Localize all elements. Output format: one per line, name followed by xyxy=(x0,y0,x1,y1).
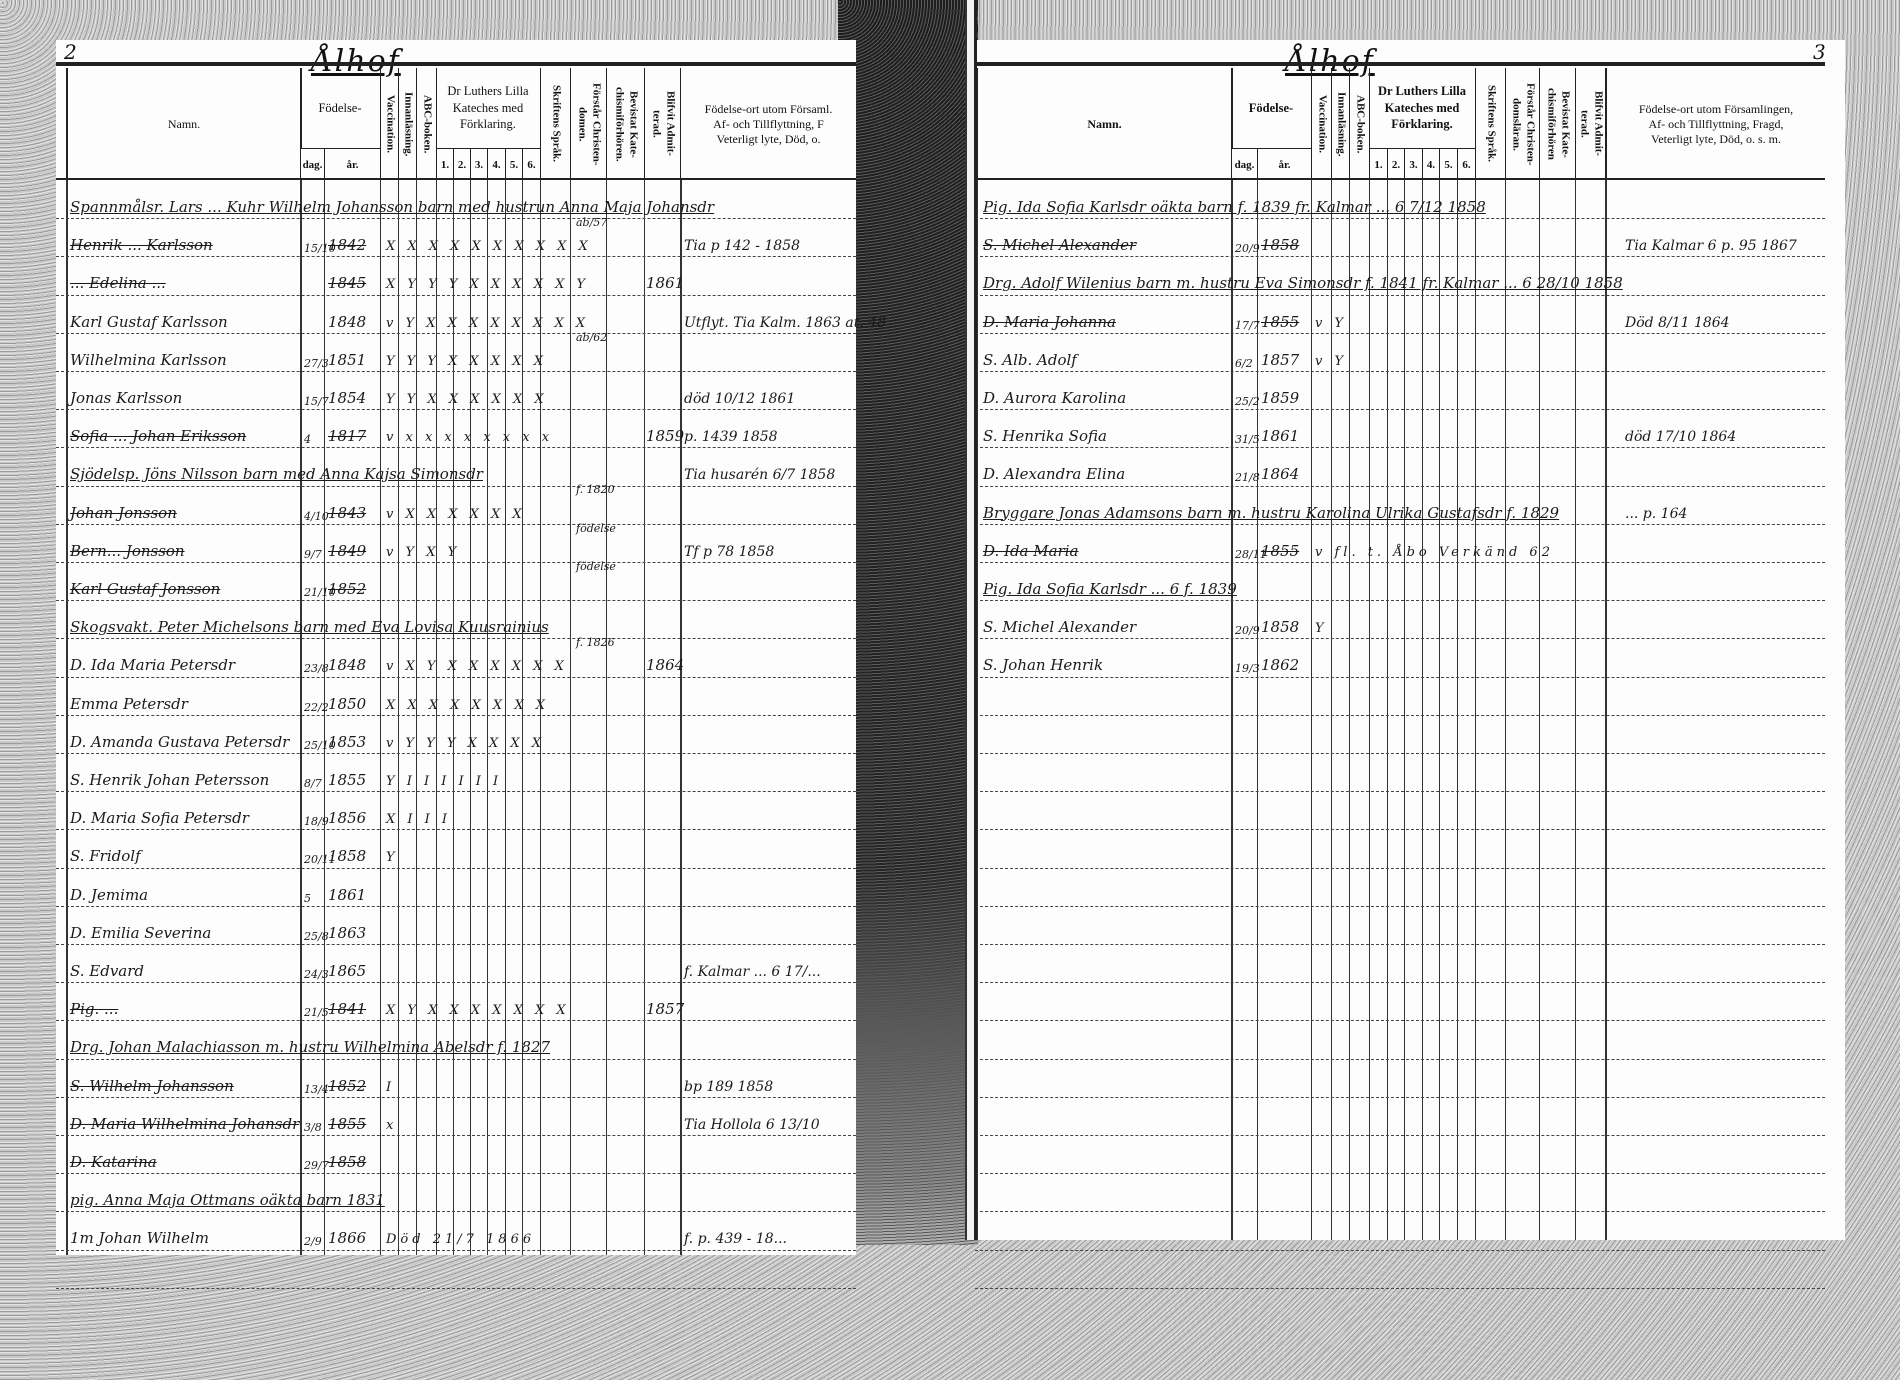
remarks-note: Tia Hollola 6 13/10 xyxy=(684,1117,820,1133)
person-row: D. Katarina29/71858 xyxy=(56,1139,856,1177)
header-skriftens-sprak: Skriftens Språk. xyxy=(540,68,570,180)
person-row: S. Michel Alexander20/91858Tia Kalmar 6 … xyxy=(975,222,1825,260)
row-rule xyxy=(975,753,1825,754)
catechism-marks: v X Y X X X X X X xyxy=(386,659,568,674)
person-name: S. Michel Alexander xyxy=(983,236,1136,254)
person-row: Bern... Jonsson9/71849v Y X YTf p 78 185… xyxy=(56,528,856,566)
person-row: S. Johan Henrik19/31862 xyxy=(975,642,1825,680)
person-row: D. Aurora Karolina25/21859 xyxy=(975,375,1825,413)
person-row: Karl Gustaf Karlsson1848v Y X X X X X X … xyxy=(56,299,856,337)
birth-year: 1852 xyxy=(328,580,366,598)
birth-year: 1859 xyxy=(1261,389,1299,407)
birth-year: 1817 xyxy=(328,427,366,445)
birth-year: 1856 xyxy=(328,809,366,827)
birth-year: 1845 xyxy=(328,274,366,292)
catechism-marks: X X X X X X X X xyxy=(386,698,549,713)
remarks-note: Tf p 78 1858 xyxy=(684,544,774,560)
row-rule xyxy=(975,1020,1825,1021)
person-name: Johan Jonsson xyxy=(70,504,177,522)
birth-year: 1864 xyxy=(1261,465,1299,483)
person-name: D. Ida Maria xyxy=(983,542,1078,560)
remarks-note: f. p. 439 - 18... xyxy=(684,1231,787,1247)
header-luthers-2: 2. xyxy=(453,148,470,180)
household-heading-row: pig. Anna Maja Ottmans oäkta barn 1831 xyxy=(56,1177,856,1215)
catechism-marks: v x x x x x x x x xyxy=(386,430,553,445)
admitted-year: 1859 xyxy=(646,427,684,445)
birth-year: 1866 xyxy=(328,1229,366,1247)
household-heading-row: Pig. Ida Sofia Karlsdr oäkta barn f. 183… xyxy=(975,184,1825,222)
catechism-marks: Y I I I I I I xyxy=(386,774,502,789)
person-row: Emma Petersdr22/21850X X X X X X X X xyxy=(56,681,856,719)
person-name: D. Maria Wilhelmina Johansdr xyxy=(70,1115,299,1133)
person-name: Bryggare Jonas Adamsons barn m. hustru K… xyxy=(983,504,1559,522)
person-name: D. Maria Sofia Petersdr xyxy=(70,809,249,827)
catechism-marks: v Y Y Y X X X X xyxy=(386,736,545,751)
birth-year: 1855 xyxy=(1261,313,1299,331)
catechism-marks: v Y X Y xyxy=(386,545,460,560)
catechism-marks: Y Y X X X X X X xyxy=(386,392,548,407)
header-fodelseort: Födelse-ort utom Församl. Af- och Tillfl… xyxy=(680,68,856,180)
birth-year: 1858 xyxy=(1261,236,1299,254)
person-row: S. Alb. Adolf6/21857v Y xyxy=(975,337,1825,375)
row-rule xyxy=(975,906,1825,907)
admitted-year: 1864 xyxy=(646,656,684,674)
catechism-marks: Y Y Y X X X X X xyxy=(386,354,547,369)
person-name: S. Michel Alexander xyxy=(983,618,1136,636)
row-rule xyxy=(975,1211,1825,1212)
header-luthers-box xyxy=(1369,68,1475,148)
remarks-note: död 10/12 1861 xyxy=(684,391,795,407)
row-rule xyxy=(975,1097,1825,1098)
person-name: Karl Gustaf Jonsson xyxy=(70,580,220,598)
left-page: 2 Ålhof Namn. Födelse- dag. år. Vaccinat… xyxy=(56,40,856,1255)
page-binding-edge xyxy=(965,0,977,1240)
birth-year: 1843 xyxy=(328,504,366,522)
person-row: S. Wilhelm Johansson13/41852Ibp 189 1858 xyxy=(56,1063,856,1101)
remarks-note: p. 1439 1858 xyxy=(684,429,778,445)
catechism-marks: X Y X X X X X X X xyxy=(386,1003,570,1018)
register-grid: Spannmålsr. Lars ... Kuhr Wilhelm Johans… xyxy=(56,180,856,1255)
person-name: D. Aurora Karolina xyxy=(983,389,1126,407)
birth-year: 1858 xyxy=(328,847,366,865)
birth-day: 3/8 xyxy=(304,1122,322,1133)
page-number: 2 xyxy=(64,40,77,64)
catechism-marks: v Y xyxy=(1315,316,1347,331)
header-innanlasning: Innanläsning. xyxy=(398,68,416,180)
birth-day: 13/4 xyxy=(304,1084,329,1095)
household-heading-row: Drg. Johan Malachiasson m. hustru Wilhel… xyxy=(56,1024,856,1062)
header-forstar: Förstår Christen- domen. xyxy=(570,68,606,180)
header-luthers-2: 2. xyxy=(1387,148,1404,180)
person-row: Jonas Karlsson15/71854Y Y X X X X X Xdöd… xyxy=(56,375,856,413)
birth-year: 1862 xyxy=(1261,656,1299,674)
birth-year: 1865 xyxy=(328,962,366,980)
person-row: D. Maria Wilhelmina Johansdr3/81855xTia … xyxy=(56,1101,856,1139)
birth-year: 1848 xyxy=(328,313,366,331)
row-rule xyxy=(975,715,1825,716)
person-row: D. Alexandra Elina21/81864 xyxy=(975,451,1825,489)
birth-day: 15/7 xyxy=(304,396,329,407)
person-name: D. Emilia Severina xyxy=(70,924,211,942)
header-innanlasning: Innanläsning. xyxy=(1331,68,1349,180)
person-name: Drg. Adolf Wilenius barn m. hustru Eva S… xyxy=(983,274,1623,292)
birth-year: 1851 xyxy=(328,351,366,369)
header-luthers-4: 4. xyxy=(1422,148,1439,180)
header-fodelse-box xyxy=(300,68,380,148)
birth-day: 29/7 xyxy=(304,1160,329,1171)
person-name: S. Wilhelm Johansson xyxy=(70,1077,234,1095)
person-row: 1m Johan Wilhelm2/91866Död 21/7 1866f. p… xyxy=(56,1215,856,1253)
person-name: Wilhelmina Karlsson xyxy=(70,351,227,369)
birth-year: 1855 xyxy=(1261,542,1299,560)
birth-day: 25/8 xyxy=(304,931,329,942)
birth-day: 17/7 xyxy=(1235,320,1260,331)
remarks-note: Död 8/11 1864 xyxy=(1625,315,1730,331)
catechism-marks: X Y Y Y X X X X X Y xyxy=(386,277,589,292)
birth-year: 1854 xyxy=(328,389,366,407)
birth-day: 5 xyxy=(304,893,311,904)
header-bevistat: Bevistat Kate- chismiförhören. xyxy=(606,68,644,180)
birth-year: 1861 xyxy=(1261,427,1299,445)
person-name: D. Katarina xyxy=(70,1153,157,1171)
person-name: S. Alb. Adolf xyxy=(983,351,1077,369)
person-name: D. Amanda Gustava Petersdr xyxy=(70,733,289,751)
row-rule xyxy=(975,982,1825,983)
header-fodelseort: Födelse-ort utom Församlingen, Af- och T… xyxy=(1605,68,1825,180)
catechism-marks: v fl. t. Åbo Verkänd 62 xyxy=(1315,545,1554,560)
person-name: Karl Gustaf Karlsson xyxy=(70,313,228,331)
row-rule xyxy=(975,1250,1825,1251)
row-rule xyxy=(56,1288,856,1289)
admitted-year: 1857 xyxy=(646,1000,684,1018)
birth-year: 1842 xyxy=(328,236,366,254)
header-luthers-5: 5. xyxy=(505,148,522,180)
catechism-marks: Död 21/7 1866 xyxy=(386,1232,535,1247)
person-name: D. Jemima xyxy=(70,886,148,904)
remarks-note: f. Kalmar ... 6 17/... xyxy=(684,964,821,980)
household-heading-row: Pig. Ida Sofia Karlsdr ... 6 f. 1839 xyxy=(975,566,1825,604)
person-name: Jonas Karlsson xyxy=(70,389,182,407)
birth-day: 19/3 xyxy=(1235,663,1260,674)
person-name: pig. Anna Maja Ottmans oäkta barn 1831 xyxy=(70,1191,385,1209)
birth-day: 8/7 xyxy=(304,778,322,789)
person-row: S. Fridolf20/111858Y xyxy=(56,833,856,871)
header-luthers-1: 1. xyxy=(436,148,453,180)
catechism-marks: X I I I xyxy=(386,812,451,827)
person-row: D. Ida Maria Petersdr23/81848v X Y X X X… xyxy=(56,642,856,680)
birth-year: 1853 xyxy=(328,733,366,751)
person-name: Pig. Ida Sofia Karlsdr ... 6 f. 1839 xyxy=(983,580,1237,598)
person-name: Pig. ... xyxy=(70,1000,118,1018)
birth-day: 31/5 xyxy=(1235,434,1260,445)
person-row: S. Edvard24/31865f. Kalmar ... 6 17/... xyxy=(56,948,856,986)
catechism-marks: v Y X X X X X X X X xyxy=(386,316,589,331)
catechism-marks: Y xyxy=(1315,621,1328,636)
page-number: 3 xyxy=(1813,40,1826,64)
row-rule xyxy=(975,829,1825,830)
catechism-marks: v Y xyxy=(1315,354,1347,369)
person-name: Bern... Jonsson xyxy=(70,542,185,560)
person-row: S. Henrik Johan Petersson8/71855Y I I I … xyxy=(56,757,856,795)
admitted-year: 1861 xyxy=(646,274,684,292)
birth-year: 1858 xyxy=(1261,618,1299,636)
person-name: ... Edelina ... xyxy=(70,274,166,292)
header-blifvit: Blifvit Admit- terad. xyxy=(1575,68,1605,180)
catechism-marks: x xyxy=(386,1118,397,1133)
person-name: Drg. Johan Malachiasson m. hustru Wilhel… xyxy=(70,1038,550,1056)
household-heading-row: Drg. Adolf Wilenius barn m. hustru Eva S… xyxy=(975,260,1825,298)
person-row: Sofia ... Johan Eriksson41817v x x x x x… xyxy=(56,413,856,451)
birth-year: 1841 xyxy=(328,1000,366,1018)
row-rule xyxy=(975,1288,1825,1289)
header-luthers-5: 5. xyxy=(1439,148,1457,180)
header-ar: år. xyxy=(324,148,380,180)
header-dag: dag. xyxy=(300,148,324,180)
header-luthers-box xyxy=(436,68,540,148)
birth-year: 1848 xyxy=(328,656,366,674)
person-name: Henrik ... Karlsson xyxy=(70,236,213,254)
person-name: Spannmålsr. Lars ... Kuhr Wilhelm Johans… xyxy=(70,198,714,216)
header-abc-boken: ABC-boken. xyxy=(416,68,436,180)
birth-day: 20/9 xyxy=(1235,243,1260,254)
header-vaccination: Vaccination. xyxy=(1311,68,1331,180)
person-name: S. Johan Henrik xyxy=(983,656,1103,674)
header-bevistat: Bevistat Kate- chismiförhören xyxy=(1539,68,1575,180)
row-rule xyxy=(975,1059,1825,1060)
birth-day: 24/3 xyxy=(304,969,329,980)
person-row: Henrik ... Karlsson15/101842X X X X X X … xyxy=(56,222,856,260)
household-heading-row: Skogsvakt. Peter Michelsons barn med Eva… xyxy=(56,604,856,642)
header-ar: år. xyxy=(1257,148,1311,180)
household-heading-row: Spannmålsr. Lars ... Kuhr Wilhelm Johans… xyxy=(56,184,856,222)
book-gutter-shadow xyxy=(838,0,978,1245)
person-row: D. Emilia Severina25/81863 xyxy=(56,910,856,948)
person-name: Emma Petersdr xyxy=(70,695,188,713)
header-vaccination: Vaccination. xyxy=(380,68,398,180)
header-luthers-6: 6. xyxy=(522,148,540,180)
person-row: ... Edelina ...1845X Y Y Y X X X X X Y18… xyxy=(56,260,856,298)
person-name: S. Fridolf xyxy=(70,847,141,865)
person-name: S. Henrika Sofia xyxy=(983,427,1107,445)
person-row: D. Maria Sofia Petersdr18/91856X I I I xyxy=(56,795,856,833)
birth-day: 22/2 xyxy=(304,702,329,713)
person-row: D. Jemima51861 xyxy=(56,872,856,910)
birth-day: 21/5 xyxy=(304,1007,329,1018)
row-rule xyxy=(975,1173,1825,1174)
person-name: Sofia ... Johan Eriksson xyxy=(70,427,246,445)
remarks-note: Tia p 142 - 1858 xyxy=(684,238,800,254)
person-name: 1m Johan Wilhelm xyxy=(70,1229,209,1247)
birth-year: 1858 xyxy=(328,1153,366,1171)
header-blifvit: Blifvit Admit- terad. xyxy=(644,68,680,180)
person-row: D. Ida Maria28/111855v fl. t. Åbo Verkän… xyxy=(975,528,1825,566)
right-page: 3 Ålhof Namn. Födelse- dag. år. Vaccinat… xyxy=(975,40,1845,1240)
header-fodelse-box xyxy=(1231,68,1311,148)
remarks-note: Tia Kalmar 6 p. 95 1867 xyxy=(1625,238,1797,254)
person-row: Karl Gustaf Jonsson21/101852 xyxy=(56,566,856,604)
catechism-marks: I xyxy=(386,1080,395,1095)
person-row: D. Maria Johanna17/71855v YDöd 8/11 1864 xyxy=(975,299,1825,337)
remarks-note: ... p. 164 xyxy=(1625,506,1687,522)
birth-year: 1849 xyxy=(328,542,366,560)
remarks-note: Tia husarén 6/7 1858 xyxy=(684,467,835,483)
birth-day: 4/10 xyxy=(304,511,329,522)
birth-day: 27/3 xyxy=(304,358,329,369)
header-abc-boken: ABC-boken. xyxy=(1349,68,1369,180)
person-row: S. Michel Alexander20/91858Y xyxy=(975,604,1825,642)
person-name: D. Alexandra Elina xyxy=(983,465,1125,483)
birth-year: 1855 xyxy=(328,771,366,789)
catechism-marks: Y xyxy=(386,850,399,865)
birth-day: 23/8 xyxy=(304,663,329,674)
birth-day: 9/7 xyxy=(304,549,322,560)
birth-year: 1857 xyxy=(1261,351,1299,369)
remarks-note: död 17/10 1864 xyxy=(1625,429,1736,445)
row-rule xyxy=(975,791,1825,792)
birth-day: 25/2 xyxy=(1235,396,1260,407)
person-name: D. Maria Johanna xyxy=(983,313,1116,331)
header-luthers-3: 3. xyxy=(1404,148,1422,180)
person-name: S. Henrik Johan Petersson xyxy=(70,771,269,789)
person-name: Skogsvakt. Peter Michelsons barn med Eva… xyxy=(70,618,549,636)
household-heading-row: Bryggare Jonas Adamsons barn m. hustru K… xyxy=(975,490,1825,528)
household-heading-row: Sjödelsp. Jöns Nilsson barn med Anna Kaj… xyxy=(56,451,856,489)
column-header: Namn. Födelse- dag. år. Vaccination. Inn… xyxy=(975,68,1825,180)
top-rule xyxy=(56,62,856,66)
header-dag: dag. xyxy=(1231,148,1257,180)
birth-day: 20/9 xyxy=(1235,625,1260,636)
header-luthers-6: 6. xyxy=(1457,148,1475,180)
row-rule xyxy=(975,868,1825,869)
row-rule xyxy=(975,944,1825,945)
birth-day: 21/8 xyxy=(1235,472,1260,483)
birth-day: 2/9 xyxy=(304,1236,322,1247)
person-name: D. Ida Maria Petersdr xyxy=(70,656,235,674)
header-luthers-1: 1. xyxy=(1369,148,1387,180)
header-forstar: Förstår Christen- domsläran. xyxy=(1505,68,1539,180)
person-row: Wilhelmina Karlsson27/31851Y Y Y X X X X… xyxy=(56,337,856,375)
column-header: Namn. Födelse- dag. år. Vaccination. Inn… xyxy=(56,68,856,180)
person-row: Pig. ... 21/51841X Y X X X X X X X1857 xyxy=(56,986,856,1024)
person-name: S. Edvard xyxy=(70,962,144,980)
remarks-note: bp 189 1858 xyxy=(684,1079,773,1095)
top-rule xyxy=(975,62,1825,66)
person-row: S. Henrika Sofia31/51861död 17/10 1864 xyxy=(975,413,1825,451)
birth-day: 18/9 xyxy=(304,816,329,827)
birth-day: 6/2 xyxy=(1235,358,1253,369)
remarks-note: Utflyt. Tia Kalm. 1863 at. 48 xyxy=(684,315,886,331)
birth-day: 4 xyxy=(304,434,311,445)
person-row: Johan Jonsson4/101843v X X X X X Xfödels… xyxy=(56,490,856,528)
birth-year: 1863 xyxy=(328,924,366,942)
header-luthers-4: 4. xyxy=(487,148,505,180)
catechism-marks: v X X X X X X xyxy=(386,507,526,522)
birth-year: 1855 xyxy=(328,1115,366,1133)
catechism-marks: X X X X X X X X X X xyxy=(386,239,592,254)
header-luthers-3: 3. xyxy=(470,148,487,180)
header-skriftens-sprak: Skriftens Språk. xyxy=(1475,68,1505,180)
person-row: D. Amanda Gustava Petersdr25/101853v Y Y… xyxy=(56,719,856,757)
person-name: Sjödelsp. Jöns Nilsson barn med Anna Kaj… xyxy=(70,465,483,483)
header-namn: Namn. xyxy=(66,68,300,180)
register-grid: Pig. Ida Sofia Karlsdr oäkta barn f. 183… xyxy=(975,180,1825,1240)
row-rule xyxy=(975,1135,1825,1136)
person-name: Pig. Ida Sofia Karlsdr oäkta barn f. 183… xyxy=(983,198,1486,216)
header-namn: Namn. xyxy=(975,68,1231,180)
birth-year: 1852 xyxy=(328,1077,366,1095)
birth-year: 1850 xyxy=(328,695,366,713)
birth-year: 1861 xyxy=(328,886,366,904)
